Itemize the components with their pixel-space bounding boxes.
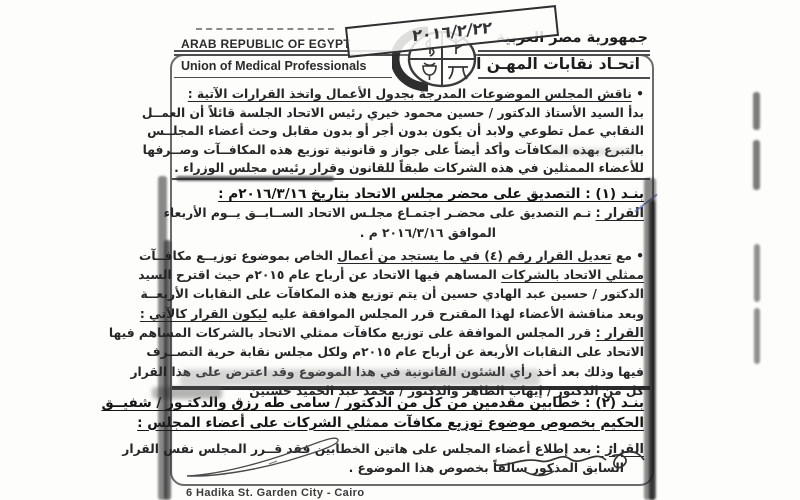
amendment-line3: الدكتور / حسين عبد الهادي حسين أن يتم تو… xyxy=(176,285,644,304)
scan-streak-left xyxy=(164,240,171,500)
decision-text: الموافق ٢٠١٦/٣/١٦ م . xyxy=(176,224,644,243)
signature-left-scribble xyxy=(185,424,345,480)
bullet-mark: • xyxy=(636,249,644,263)
header-rule xyxy=(478,50,650,52)
amendment-pre: مع xyxy=(612,249,632,263)
scan-streak-right xyxy=(649,200,655,500)
header-rule xyxy=(478,77,650,79)
amendment-line2-rest: المساهم فيها الاتحاد عن أرباح عام ٢٠١٥م … xyxy=(138,268,501,282)
intro-line: النقابي عمل تطوعي ولابد أن يكون بدون أجر… xyxy=(176,122,644,141)
header-rule xyxy=(174,77,392,78)
stamp-date: ٢٠١٦/٢/٢٢ xyxy=(412,18,492,46)
amendment-line4-pre: وبعد مناقشة الأعضاء لهذا المقترح قرر الم… xyxy=(267,307,644,321)
decision-text: تـم التصديق على محضـر اجتمـاع مجلـس الات… xyxy=(164,206,592,220)
signature-right-arabic xyxy=(492,440,650,484)
scan-streak-margin xyxy=(753,92,760,130)
decision-text: الاتحاد على النقابات الأربعة عن أرباح عا… xyxy=(176,343,644,362)
dotted-scan-mark xyxy=(196,28,334,30)
country-name-en: ARAB REPUBLIC OF EGYPT xyxy=(181,37,351,51)
scan-streak-margin xyxy=(753,140,760,190)
intro-paragraph: • ناقش المجلس الموضوعات المدرجة بجدول ال… xyxy=(176,85,644,178)
amendment-underlined: تعديل القرار رقم (٤) في ما يستجد من أعما… xyxy=(337,249,611,263)
amendment-line2-underlined: ممثلي الاتحاد بالشركات xyxy=(501,268,644,282)
decision-text: قرر المجلس الموافقة على توزيع مكافآت ممث… xyxy=(109,326,591,340)
bullet-mark: • xyxy=(636,87,644,101)
scan-streak-boxtop xyxy=(176,176,334,181)
footer-address: 6 Hadika St. Garden City - Cairo xyxy=(186,487,364,499)
item1-heading: بنـد (١) : التصديق على محضر مجلس الاتحاد… xyxy=(218,186,644,202)
decision-label: القرار : xyxy=(596,326,644,341)
scan-smudge xyxy=(548,148,638,156)
scan-streak-margin xyxy=(754,244,760,302)
item1-box: بنـد (١) : التصديق على محضر مجلس الاتحاد… xyxy=(172,178,650,390)
scan-streak-margin xyxy=(754,308,760,364)
scan-smudge xyxy=(180,369,540,386)
scanned-document-page: { "stamp": { "date": "٢٠١٦/٢/٢٢" }, "hea… xyxy=(0,0,800,500)
org-name-en: Union of Medical Professionals xyxy=(181,59,366,73)
intro-line: بدأ السيد الأستاذ الدكتور / حسين محمود خ… xyxy=(176,104,644,123)
